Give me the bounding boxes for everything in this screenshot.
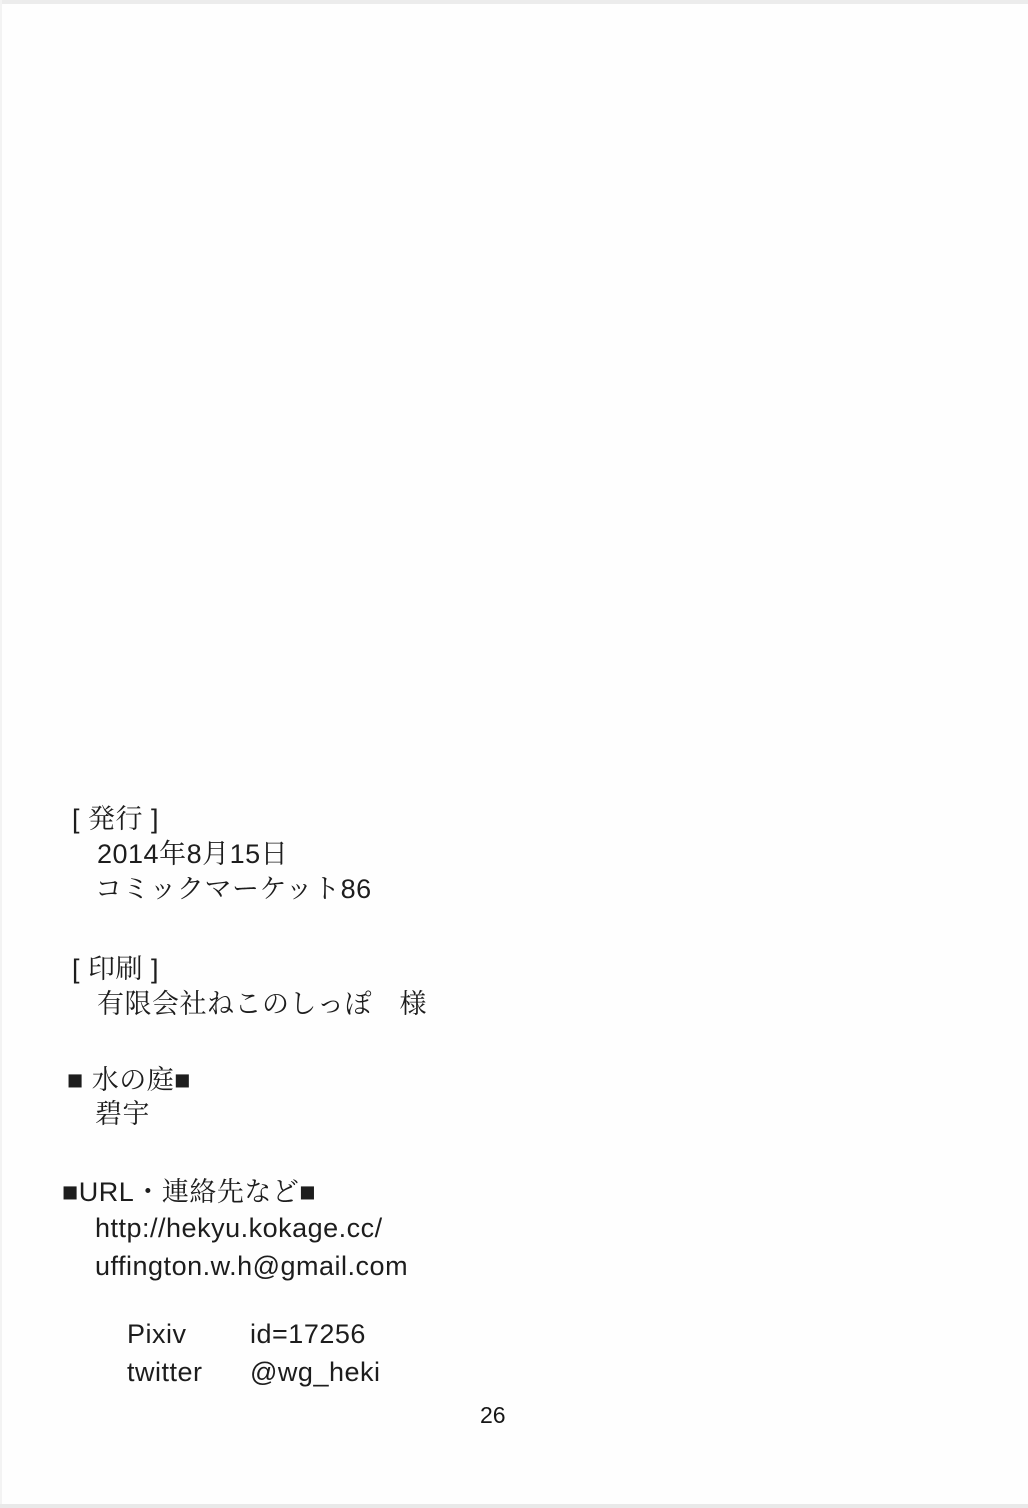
publication-event: コミックマーケット86 (95, 874, 372, 904)
publication-section-heading: [ 発行 ] (72, 804, 159, 834)
printing-section-heading: [ 印刷 ] (72, 954, 159, 984)
publication-date: 2014年8月15日 (97, 839, 288, 869)
scanned-colophon-page: [ 発行 ] 2014年8月15日 コミックマーケット86 [ 印刷 ] 有限会… (0, 0, 1028, 1508)
twitter-handle: @wg_heki (250, 1357, 380, 1387)
scan-edge-top (0, 0, 1028, 4)
twitter-label: twitter (127, 1357, 250, 1387)
scan-edge-left (0, 0, 2, 1508)
contact-section-heading: ■URL・連絡先など■ (62, 1177, 316, 1207)
contact-email: uffington.w.h@gmail.com (95, 1251, 408, 1281)
contact-website-url: http://hekyu.kokage.cc/ (95, 1213, 383, 1243)
page-number: 26 (480, 1402, 506, 1428)
printing-company: 有限会社ねこのしっぽ 様 (97, 989, 427, 1019)
scan-edge-bottom (0, 1504, 1028, 1508)
circle-name-heading: ■ 水の庭■ (67, 1065, 191, 1095)
contact-twitter-row: twitter@wg_heki (95, 1327, 381, 1417)
circle-author: 碧宇 (95, 1099, 150, 1129)
